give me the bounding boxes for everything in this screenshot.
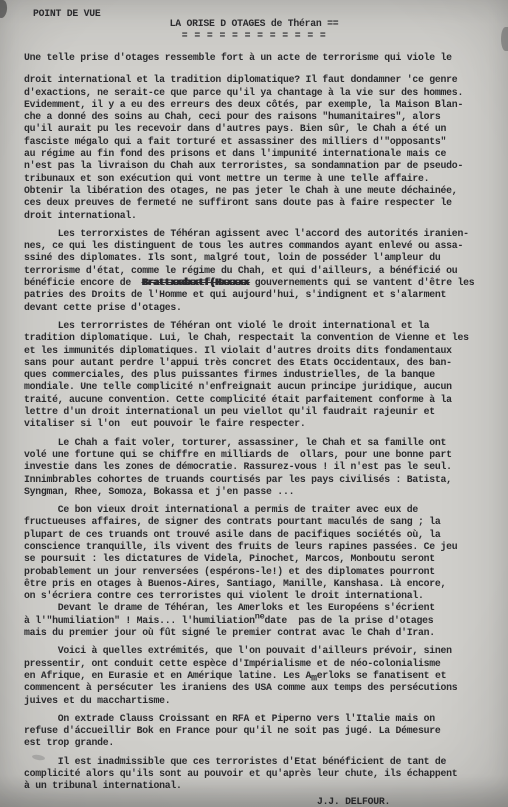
text-line: ques commerciales, des plus puissantes f…: [24, 369, 502, 381]
text-segment: gouvernements qui se vantent d'être les: [249, 277, 474, 288]
text-segment: refuse d'áccueillir Bok en France pour q…: [24, 725, 441, 736]
paragraph: Ce bon vieux droit international a permi…: [24, 504, 502, 602]
superscript-insertion: ne: [255, 610, 265, 622]
text-line: Une telle prise d'otages ressemble fort …: [24, 52, 502, 64]
text-line: bénéficie encore de Brattxxdxxtf(Hxxxxx …: [24, 277, 502, 289]
text-line: volé une fortune qui se chiffre en milli…: [24, 449, 502, 461]
text-line: mais du premier jour où fût signé le pre…: [24, 627, 502, 639]
text-line: tribunaux et son exécution qui vont mett…: [24, 173, 502, 185]
text-segment: fructueuses affaires, de signer des cont…: [24, 516, 441, 527]
title-block: LA ORISE D OTAGES de Théran == = = = = =…: [0, 17, 508, 41]
paragraph: Devant le drame de Téhéran, les Amerloks…: [24, 602, 502, 639]
text-segment: mondiale. Une telle complicité n'enfreig…: [24, 381, 452, 392]
text-segment: Obtenir la libération des otages, ne pas…: [24, 185, 457, 196]
text-segment: Le Chah a fait voler, torturer, assassin…: [24, 437, 446, 448]
text-segment: d'exactions, ne serait-ce que parce qu'i…: [24, 87, 463, 98]
paragraph: Les terrorristes de Téhéran ont violé le…: [24, 320, 502, 431]
text-line: Les terrorristes de Téhéran ont violé le…: [24, 320, 502, 332]
text-line: Obtenir la libération des otages, ne pas…: [24, 185, 502, 197]
text-segment: vitaliser si l'on eut pouvoir le faire r…: [24, 418, 305, 429]
text-segment: tribunaux et son exécution qui vont mett…: [24, 173, 429, 184]
text-line: et les immunités diplomatiques. Il viola…: [24, 345, 502, 357]
text-line: Ce bon vieux droit international a permi…: [24, 504, 502, 516]
text-line: mondiale. Une telle complicité n'enfreig…: [24, 381, 502, 393]
subscript-character: m: [311, 672, 317, 684]
text-line: On extrade Clauss Croissant en RFA et Pi…: [24, 713, 502, 725]
text-line: d'exactions, ne serait-ce que parce qu'i…: [24, 87, 502, 99]
text-line: est trop grande.: [24, 737, 502, 749]
text-line: Innimbrables cohortes de truands courtis…: [24, 474, 502, 486]
text-segment: on s'écriera contre ces terroristes qui …: [24, 590, 424, 601]
document-header: POINT DE VUE LA ORISE D OTAGES de Théran…: [0, 0, 508, 46]
text-segment: volé une fortune qui se chiffre en milli…: [24, 449, 452, 460]
scanned-document-page: POINT DE VUE LA ORISE D OTAGES de Théran…: [0, 0, 508, 807]
text-segment: Les terrorristes de Téhéran ont violé le…: [24, 320, 429, 331]
scan-smudge: [501, 27, 508, 51]
text-line: conscience tranquille, ils vivent des fr…: [24, 541, 502, 553]
text-segment: être pris en otages à Buenos-Aires, Sant…: [24, 578, 446, 589]
text-segment: Syngman, Rhee, Somoza, Bokassa et j'en p…: [24, 486, 294, 497]
text-segment: Voici à quelles extrémités, que l'on pou…: [24, 645, 452, 656]
text-segment: conscience tranquille, ils vivent des fr…: [24, 541, 457, 552]
text-segment: droit international et la tradition dipl…: [24, 74, 457, 85]
text-segment: Les terrorxistes de Téhéran agissent ave…: [24, 228, 469, 239]
text-segment: ques commerciales, des plus puissantes f…: [24, 369, 435, 380]
text-segment: nes, ce qui les distinguent de tous les …: [24, 240, 463, 251]
text-line: nes, ce qui les distinguent de tous les …: [24, 240, 502, 252]
paragraph: droit international et la tradition dipl…: [24, 74, 502, 222]
text-segment: est trop grande.: [24, 737, 114, 748]
text-segment: che a donné des soins au Chah, ceci pour…: [24, 111, 441, 122]
text-segment: ces deux preuves de fermeté ne suffiront…: [24, 197, 452, 208]
text-line: qu'il aurait pu les recevoir dans d'autr…: [24, 123, 502, 135]
text-segment: Il est inadmissible que ces terroristes …: [24, 756, 446, 767]
text-segment: au régime au fin fond des prisons et dan…: [24, 148, 446, 159]
text-segment: Devant le drame de Téhéran, les Amerloks…: [24, 602, 435, 613]
text-segment: lettre d'un droit international un peu v…: [24, 406, 435, 417]
text-segment: commencent à persécuter les iraniens des…: [24, 682, 457, 693]
text-segment: terrorisme d'état, comme le régime du Ch…: [24, 265, 457, 276]
text-line: droit international.: [24, 210, 502, 222]
text-segment: pressentir, ont conduit cette espèce d'I…: [24, 658, 441, 669]
text-segment: On extrade Clauss Croissant en RFA et Pi…: [24, 713, 435, 724]
paragraph: Il est inadmissible que ces terroristes …: [24, 756, 502, 793]
text-segment: Evidemment, il y a eu des erreurs des de…: [24, 99, 463, 110]
text-segment: juives et du macchartisme.: [24, 695, 170, 706]
text-segment: probablement un jour renversées (espéron…: [24, 566, 435, 577]
text-line: Evidemment, il y a eu des erreurs des de…: [24, 99, 502, 111]
text-line: fructueuses affaires, de signer des cont…: [24, 516, 502, 528]
text-segment: Une telle prise d'otages ressemble fort …: [24, 52, 452, 63]
text-line: juives et du macchartisme.: [24, 695, 502, 707]
text-line: n'est pas la livraison du Chah aux terro…: [24, 160, 502, 172]
text-segment: qu'il aurait pu les recevoir dans d'autr…: [24, 123, 446, 134]
text-line: Le Chah a fait voler, torturer, assassin…: [24, 437, 502, 449]
text-line: droit international et la tradition dipl…: [24, 74, 502, 86]
text-line: au régime au fin fond des prisons et dan…: [24, 148, 502, 160]
text-line: pressentir, ont conduit cette espèce d'I…: [24, 658, 502, 670]
text-line: plupart de ces truands ont trouvé asile …: [24, 529, 502, 541]
text-segment: traité, aucune convention. Cette complic…: [24, 394, 452, 405]
text-line: complicité alors qu'ils sont au pouvoir …: [24, 768, 502, 780]
text-segment: Ce bon vieux droit international a permi…: [24, 504, 418, 515]
text-line: devant cette prise d'otages.: [24, 302, 502, 314]
text-line: che a donné des soins au Chah, ceci pour…: [24, 111, 502, 123]
text-line: être pris en otages à Buenos-Aires, Sant…: [24, 578, 502, 590]
paragraph: Le Chah a fait voler, torturer, assassin…: [24, 437, 502, 498]
text-line: probablement un jour renversées (espéron…: [24, 566, 502, 578]
text-segment: complicité alors qu'ils sont au pouvoir …: [24, 768, 457, 779]
text-segment: à l'"humiliation" ! Mais... l'humiliatio…: [24, 615, 255, 626]
text-segment: erloks se fanatisent et: [317, 670, 446, 681]
text-line: on s'écriera contre ces terroristes qui …: [24, 590, 502, 602]
text-segment: et les immunités diplomatiques. Il viola…: [24, 345, 452, 356]
text-segment: ssiné des diplomates. Ils sont, malgré t…: [24, 252, 441, 263]
text-segment: patries des Droits de l'Homme et qui auj…: [24, 289, 446, 300]
text-line: se poursuit : les dictatures de Videla, …: [24, 553, 502, 565]
text-segment: n'est pas la livraison du Chah aux terro…: [24, 160, 463, 171]
text-line: sans pour autant perdre l'appui très con…: [24, 357, 502, 369]
text-line: tradition diplomatique. Lui, le Chah, re…: [24, 332, 502, 344]
text-segment: sans pour autant perdre l'appui très con…: [24, 357, 452, 368]
text-line: vitaliser si l'on eut pouvoir le faire r…: [24, 418, 502, 430]
text-line: en Afrique, en Eurasie et en Amérique la…: [24, 670, 502, 682]
document-title: LA ORISE D OTAGES de Théran ==: [0, 17, 508, 30]
text-segment: en Afrique, en Eurasie et en Amérique la…: [24, 670, 311, 681]
text-segment: plupart de ces truands ont trouvé asile …: [24, 529, 441, 540]
document-body: Une telle prise d'otages ressemble fort …: [0, 52, 508, 793]
text-segment: Innimbrables cohortes de truands courtis…: [24, 474, 452, 485]
text-segment: date pas de la prise d'otages: [265, 615, 434, 626]
text-line: Voici à quelles extrémités, que l'on pou…: [24, 645, 502, 657]
text-line: à l'"humiliation" ! Mais... l'humiliatio…: [24, 615, 502, 627]
text-segment: à un tribunal international.: [24, 780, 182, 791]
paragraph: On extrade Clauss Croissant en RFA et Pi…: [24, 713, 502, 750]
text-line: refuse d'áccueillir Bok en France pour q…: [24, 725, 502, 737]
text-line: investie dans les zones de démocratie. R…: [24, 461, 502, 473]
text-line: Il est inadmissible que ces terroristes …: [24, 756, 502, 768]
text-line: commencent à persécuter les iraniens des…: [24, 682, 502, 694]
paragraph: Les terrorxistes de Téhéran agissent ave…: [24, 228, 502, 314]
text-segment: tradition diplomatique. Lui, le Chah, re…: [24, 332, 469, 343]
text-segment: investie dans les zones de démocratie. R…: [24, 461, 452, 472]
text-line: à un tribunal international.: [24, 780, 502, 792]
text-segment: mais du premier jour où fût signé le pre…: [24, 627, 435, 638]
text-line: lettre d'un droit international un peu v…: [24, 406, 502, 418]
text-line: Syngman, Rhee, Somoza, Bokassa et j'en p…: [24, 486, 502, 498]
text-line: traité, aucune convention. Cette complic…: [24, 394, 502, 406]
text-line: fasciste mégalo qui a fait torturé et as…: [24, 136, 502, 148]
text-segment: bénéficie encore de: [24, 277, 142, 288]
text-line: ces deux preuves de fermeté ne suffiront…: [24, 197, 502, 209]
signature: J.J. DELFOUR.: [0, 795, 508, 807]
text-segment: fasciste mégalo qui a fait torturé et as…: [24, 136, 446, 147]
paragraph: Une telle prise d'otages ressemble fort …: [24, 52, 502, 64]
text-segment: devant cette prise d'otages.: [24, 302, 182, 313]
text-line: terrorisme d'état, comme le régime du Ch…: [24, 265, 502, 277]
overtyped-strikethrough-text: Brattxxdxxtf(Hxxxxx: [142, 277, 249, 288]
text-line: patries des Droits de l'Homme et qui auj…: [24, 289, 502, 301]
text-line: Les terrorxistes de Téhéran agissent ave…: [24, 228, 502, 240]
text-segment: droit international.: [24, 210, 137, 221]
title-underline: = = = = = = = = = = = =: [0, 30, 508, 41]
text-segment: se poursuit : les dictatures de Videla, …: [24, 553, 435, 564]
text-line: ssiné des diplomates. Ils sont, malgré t…: [24, 252, 502, 264]
paragraph: Voici à quelles extrémités, que l'on pou…: [24, 645, 502, 706]
